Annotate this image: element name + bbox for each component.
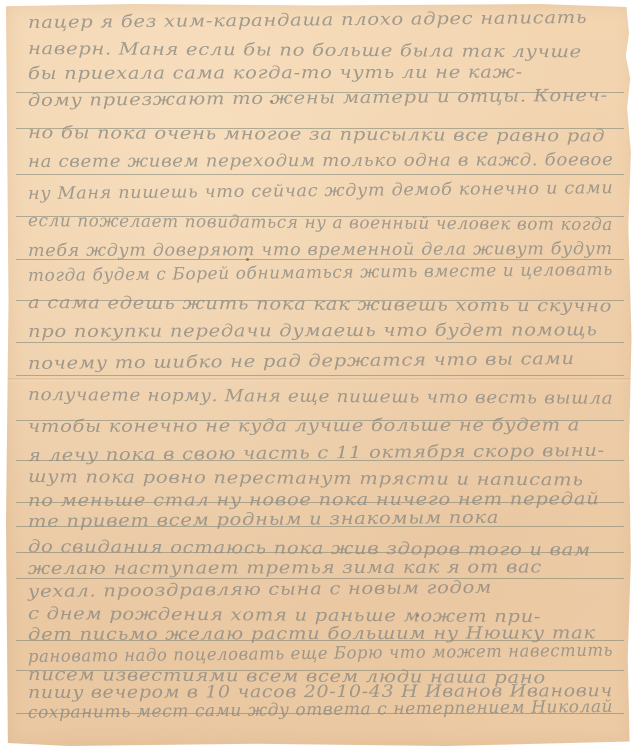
letter-line: если пожелает повидаться ну а военный че… bbox=[28, 211, 613, 235]
letter-line: те привет всем родным и знакомым пока bbox=[28, 508, 499, 532]
letter-line: про покупки передачи думаешь что будет п… bbox=[28, 320, 598, 342]
letter-line: почему то шибко не рад держатся что вы с… bbox=[28, 349, 575, 374]
letter-line: а сама едешь жить пока как живешь хоть и… bbox=[28, 293, 612, 317]
letter-line: дому приезжают то жены матери и отцы. Ко… bbox=[28, 85, 608, 110]
letter-line: пацер я без хим-карандаша плохо адрес на… bbox=[28, 8, 588, 33]
letter-line: я лечу пока в свою часть с 11 октября ск… bbox=[28, 441, 605, 466]
letter-line: по меньше стал ну новое пока ничего нет … bbox=[28, 489, 600, 511]
letter-line: ну Маня пишешь что сейчас ждут демоб кон… bbox=[28, 178, 614, 204]
letter-line: уехал. прооздравляю сына с новым годом bbox=[28, 578, 492, 602]
letter-line: тебя ждут доверяют что временной дела жи… bbox=[28, 239, 613, 261]
letter-line: но бы пока очень многое за присылки все … bbox=[28, 123, 605, 147]
letter-paper: пацер я без хим-карандаша плохо адрес на… bbox=[6, 4, 634, 746]
letter-line: на свете живем переходим только одна в к… bbox=[28, 150, 614, 172]
letter-line: тогда будем с Борей обниматься жить вмес… bbox=[28, 260, 613, 286]
letter-line: бы приехала сама когда-то чуть ли не каж… bbox=[28, 62, 523, 84]
paper-fold bbox=[6, 378, 634, 381]
letter-line: чтобы конечно не куда лучше больше не бу… bbox=[28, 416, 580, 438]
letter-line: шут пока ровно перестанут трясти и напис… bbox=[28, 467, 584, 490]
ruled-line bbox=[16, 342, 624, 343]
letter-line: получаете норму. Маня еще пишешь что вес… bbox=[28, 385, 613, 409]
ruled-line bbox=[16, 174, 624, 175]
letter-line: наверн. Маня если бы по больше была так … bbox=[28, 39, 582, 62]
letter-line: желаю наступает третья зима как я от вас bbox=[28, 557, 542, 579]
ruled-line bbox=[16, 375, 624, 376]
